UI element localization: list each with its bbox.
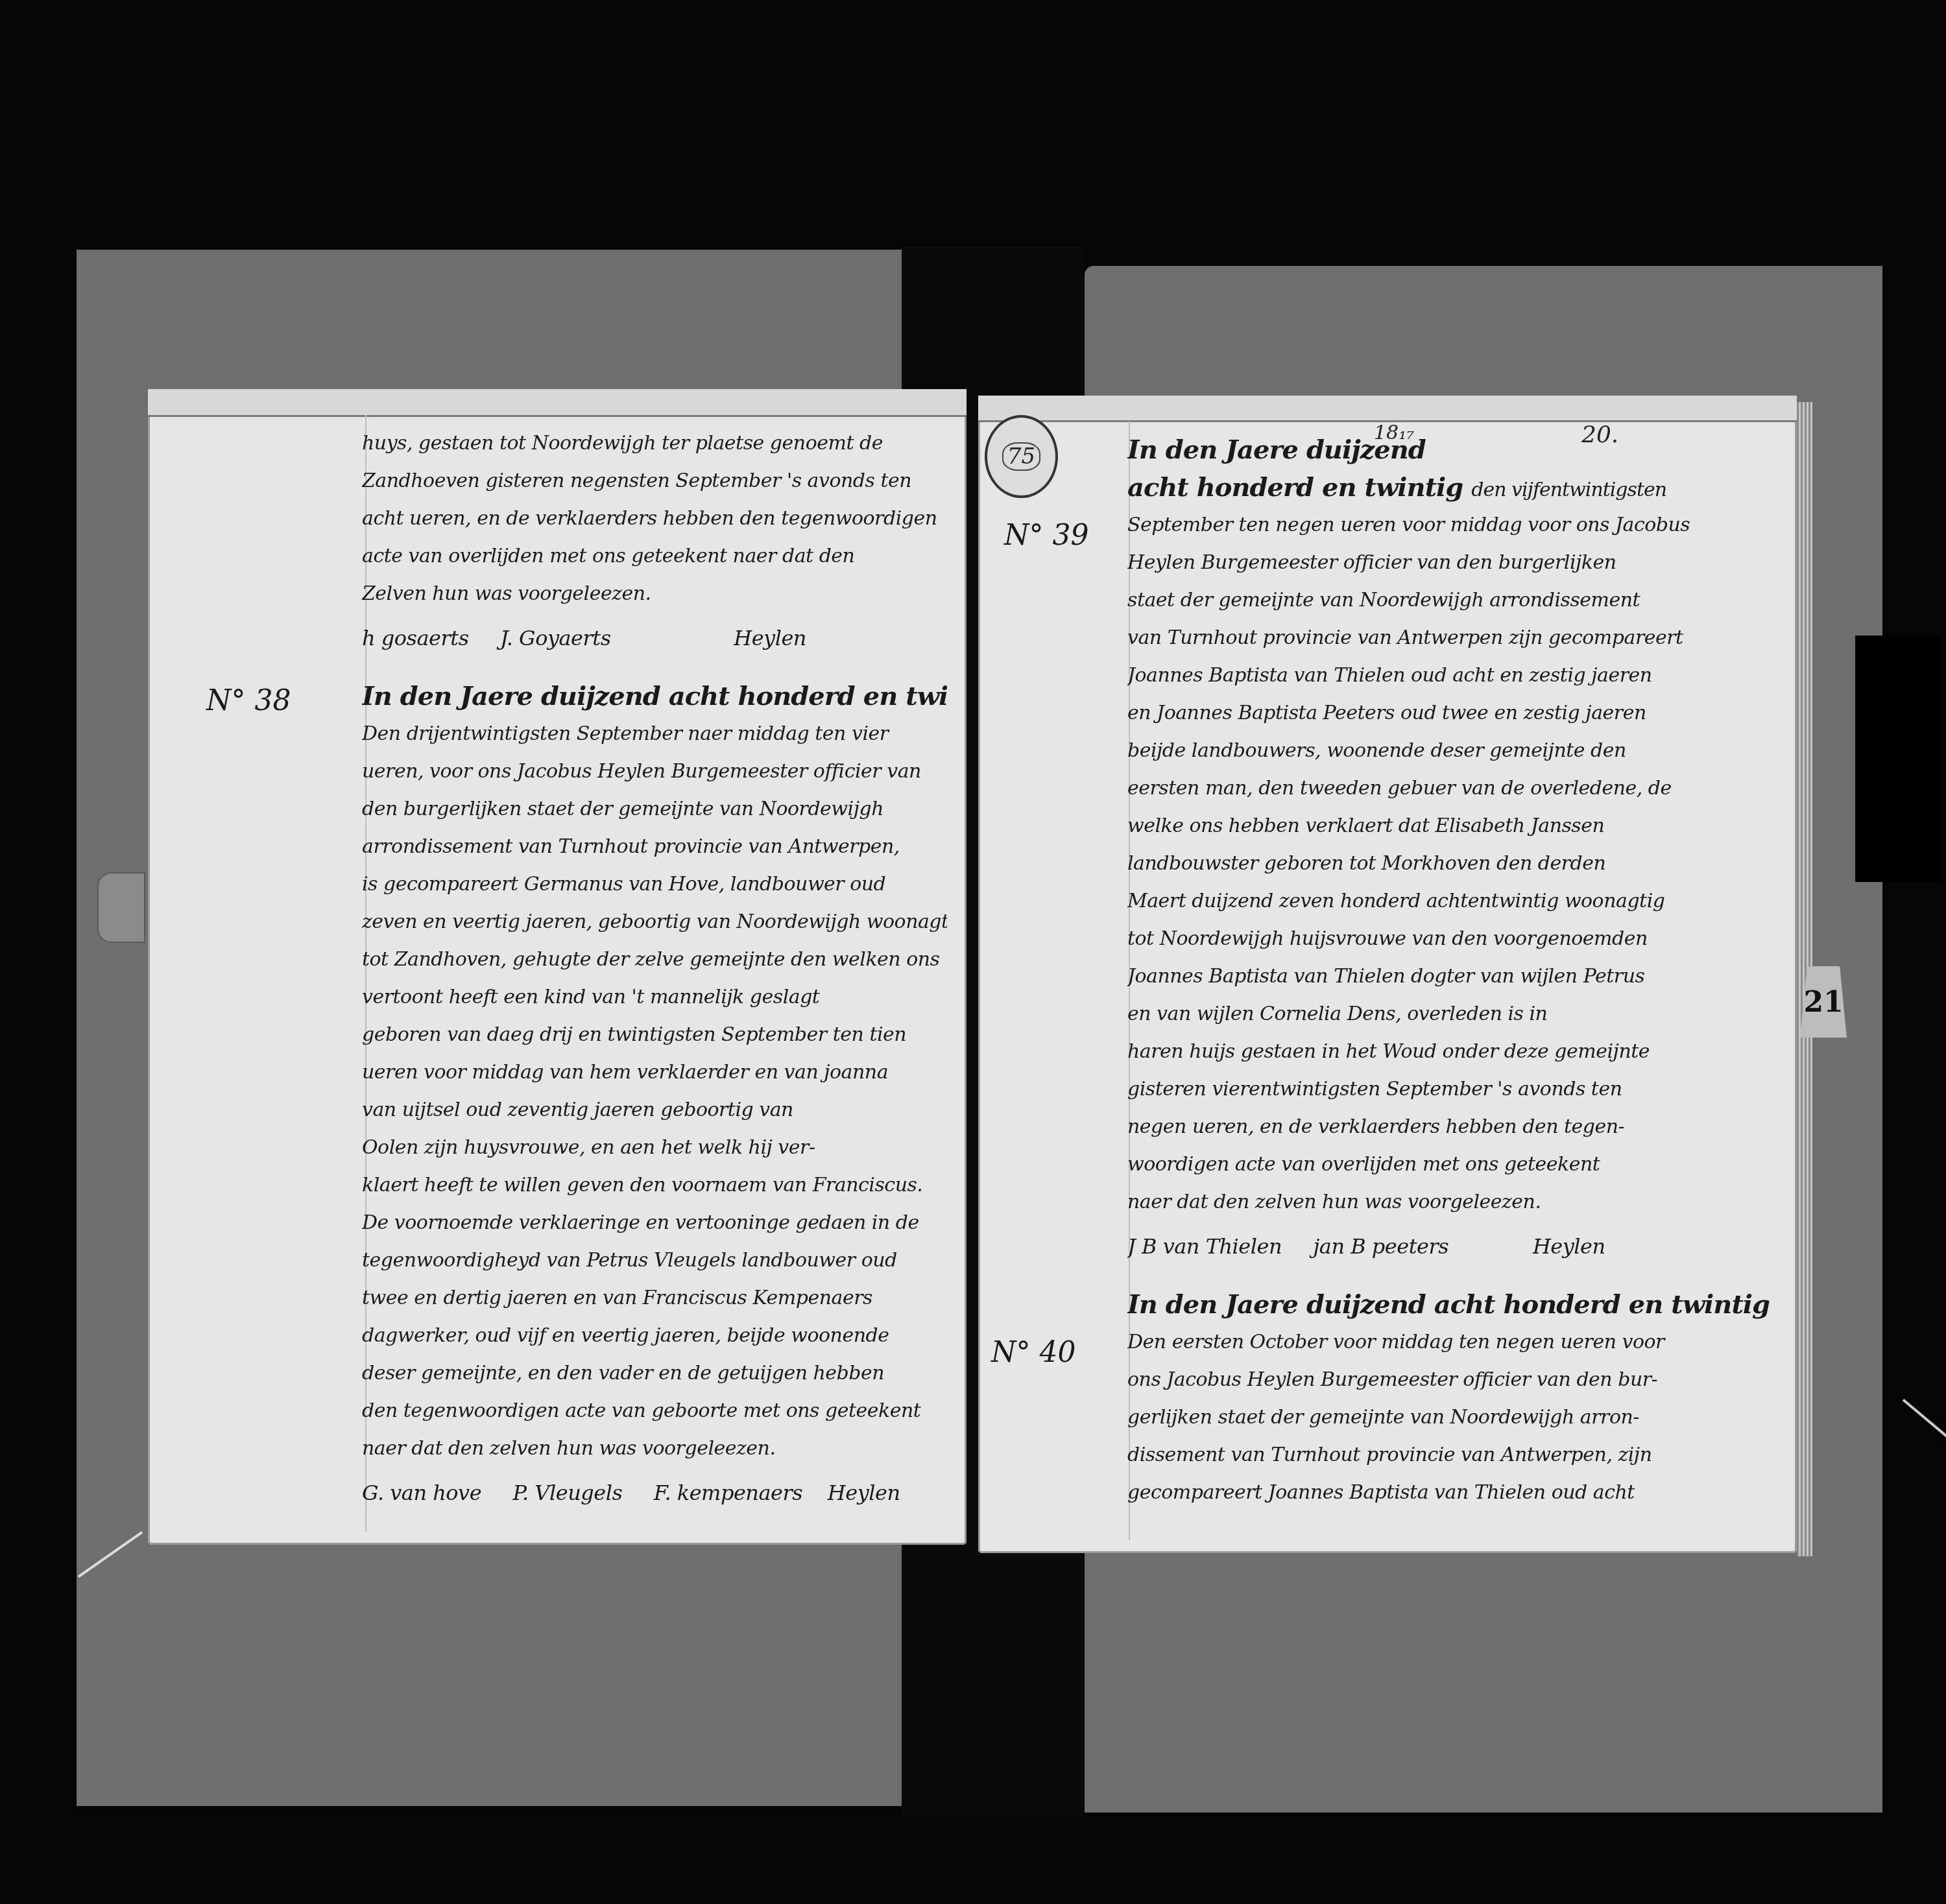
- right-page: 75 N° 39 N° 40 20. 18₁₇ In den Jaere dui…: [978, 396, 1797, 1553]
- tax-stamp: 75: [985, 415, 1058, 498]
- folio-number: 21: [1803, 986, 1843, 1019]
- act-heading: acht honderd en twintig den vijfentwinti…: [1127, 469, 1777, 506]
- signature: F. kempenaers: [654, 1481, 803, 1505]
- stamp-value: 75: [1002, 442, 1040, 471]
- act-number-38: N° 38: [206, 684, 291, 717]
- text-line: dissement van Turnhout provincie van Ant…: [1127, 1436, 1777, 1474]
- act-heading-part: acht honderd en twintig: [1127, 472, 1463, 503]
- text-line: Den drijentwintigsten September naer mid…: [362, 715, 947, 753]
- text-line: Maert duijzend zeven honderd achtentwint…: [1127, 883, 1777, 920]
- text-line: van Turnhout provincie van Antwerpen zij…: [1127, 619, 1777, 657]
- text-line: eersten man, den tweeden gebuer van de o…: [1127, 770, 1777, 807]
- text-line: Zandhoeven gisteren negensten September …: [362, 462, 947, 500]
- text-line: tot Noordewijgh huijsvrouwe van den voor…: [1127, 920, 1777, 958]
- signature-row: J B van Thielen jan B peeters Heylen: [1127, 1221, 1777, 1273]
- text-line: tot Zandhoven, gehugte der zelve gemeijn…: [362, 941, 947, 979]
- signature: J. Goyaerts: [500, 626, 611, 650]
- act-number-39: N° 39: [1004, 519, 1088, 552]
- signature: Heylen: [828, 1481, 900, 1505]
- text-line: en Joannes Baptista Peeters oud twee en …: [1127, 695, 1777, 732]
- signature: h gosaerts: [362, 626, 469, 650]
- act-number-40: N° 40: [991, 1336, 1075, 1369]
- text-line: ueren voor middag van hem verklaerder en…: [362, 1054, 947, 1091]
- text-line: deser gemeijnte, en den vader en de getu…: [362, 1355, 947, 1392]
- text-line: naer dat den zelven hun was voorgeleezen…: [362, 1430, 947, 1468]
- text-line: ueren, voor ons Jacobus Heylen Burgemees…: [362, 753, 947, 791]
- right-page-text: In den Jaere duijzend acht honderd en tw…: [1127, 431, 1777, 1512]
- act-heading: In den Jaere duijzend: [1127, 431, 1777, 469]
- text-line: klaert heeft te willen geven den voornae…: [362, 1167, 947, 1204]
- signature: Heylen: [1533, 1234, 1605, 1259]
- left-page-top-edge: [148, 389, 967, 417]
- text-line: Zelven hun was voorgeleezen.: [362, 575, 947, 613]
- text-line: Heylen Burgemeester officier van den bur…: [1127, 544, 1777, 582]
- text-line: gecompareert Joannes Baptista van Thiele…: [1127, 1474, 1777, 1512]
- right-page-top-edge: [978, 396, 1797, 422]
- text-line: haren huijs gestaen in het Woud onder de…: [1127, 1033, 1777, 1071]
- signature-row: G. van hove P. Vleugels F. kempenaers He…: [362, 1468, 947, 1519]
- text-line: geboren van daeg drij en twintigsten Sep…: [362, 1016, 947, 1054]
- text-line: Oolen zijn huysvrouwe, en aen het welk h…: [362, 1129, 947, 1167]
- text-line: Joannes Baptista van Thielen dogter van …: [1127, 958, 1777, 995]
- text-line: acte van overlijden met ons geteekent na…: [362, 538, 947, 575]
- book-clasp: [97, 872, 145, 943]
- text-line: landbouwster geboren tot Morkhoven den d…: [1127, 845, 1777, 883]
- act-heading: In den Jaere duijzend acht honderd en tw…: [1127, 1286, 1777, 1324]
- text-line: Joannes Baptista van Thielen oud acht en…: [1127, 657, 1777, 695]
- text-line: September ten negen ueren voor middag vo…: [1127, 506, 1777, 544]
- signature-row: h gosaerts J. Goyaerts Heylen: [362, 613, 947, 665]
- text-line: van uijtsel oud zeventig jaeren geboorti…: [362, 1091, 947, 1129]
- text-line: is gecompareert Germanus van Hove, landb…: [362, 866, 947, 903]
- text-line: gerlijken staet der gemeijnte van Noorde…: [1127, 1399, 1777, 1436]
- text-line: en van wijlen Cornelia Dens, overleden i…: [1127, 995, 1777, 1033]
- text-line: zeven en veertig jaeren, geboortig van N…: [362, 903, 947, 941]
- signature: jan B peeters: [1313, 1234, 1448, 1259]
- text-line: arrondissement van Turnhout provincie va…: [362, 828, 947, 866]
- text-line: beijde landbouwers, woonende deser gemei…: [1127, 732, 1777, 770]
- text-line: acht ueren, en de verklaerders hebben de…: [362, 500, 947, 538]
- act-heading-tail: den vijfentwintigsten: [1471, 479, 1666, 501]
- text-line: tegenwoordigheyd van Petrus Vleugels lan…: [362, 1242, 947, 1279]
- scanner-shadow: [1855, 636, 1940, 882]
- text-line: den tegenwoordigen acte van geboorte met…: [362, 1392, 947, 1430]
- left-page-text: huys, gestaen tot Noordewijgh ter plaets…: [362, 425, 947, 1519]
- text-line: huys, gestaen tot Noordewijgh ter plaets…: [362, 425, 947, 462]
- text-line: gisteren vierentwintigsten September 's …: [1127, 1071, 1777, 1108]
- text-line: De voornoemde verklaeringe en vertooning…: [362, 1204, 947, 1242]
- text-line: woordigen acte van overlijden met ons ge…: [1127, 1146, 1777, 1184]
- text-line: ons Jacobus Heylen Burgemeester officier…: [1127, 1361, 1777, 1399]
- text-line: negen ueren, en de verklaerders hebben d…: [1127, 1108, 1777, 1146]
- left-page: N° 38 huys, gestaen tot Noordewijgh ter …: [148, 389, 967, 1545]
- text-line: naer dat den zelven hun was voorgeleezen…: [1127, 1184, 1777, 1221]
- text-line: dagwerker, oud vijf en veertig jaeren, b…: [362, 1317, 947, 1355]
- scan-light-flare: [1903, 1399, 1946, 1451]
- signature: G. van hove: [362, 1481, 481, 1505]
- folio-index-tab: 21: [1800, 966, 1847, 1038]
- signature: J B van Thielen: [1127, 1234, 1282, 1259]
- text-line: welke ons hebben verklaert dat Elisabeth…: [1127, 807, 1777, 845]
- act-heading: In den Jaere duijzend acht honderd en tw…: [362, 678, 947, 715]
- signature: Heylen: [734, 626, 806, 650]
- signature: P. Vleugels: [512, 1481, 622, 1505]
- text-line: den burgerlijken staet der gemeijnte van…: [362, 791, 947, 828]
- text-line: Den eersten October voor middag ten nege…: [1127, 1324, 1777, 1361]
- text-line: twee en dertig jaeren en van Franciscus …: [362, 1279, 947, 1317]
- text-line: vertoont heeft een kind van 't mannelijk…: [362, 979, 947, 1016]
- text-line: staet der gemeijnte van Noordewijgh arro…: [1127, 582, 1777, 619]
